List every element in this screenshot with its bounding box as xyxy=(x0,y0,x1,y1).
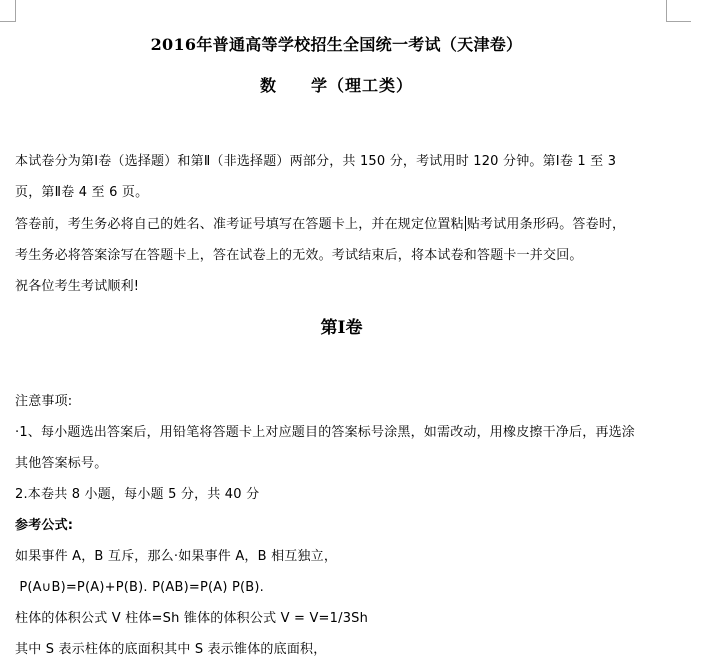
notes-item-2: 2.本卷共 8 小题，每小题 5 分，共 40 分 xyxy=(15,486,259,504)
notes-item-1-line-2: 其他答案标号。 xyxy=(15,455,107,473)
formulas-line-3: 柱体的体积公式 V 柱体=Sh 锥体的体积公式 V = V=1/3Sh xyxy=(15,610,368,628)
intro-line-1: 本试卷分为第Ⅰ卷（选择题）和第Ⅱ（非选择题）两部分，共 150 分，考试用时 1… xyxy=(15,153,616,171)
intro-line-5: 祝各位考生考试顺利! xyxy=(15,278,139,296)
formulas-line-2: P(A∪B)=P(A)+P(B). P(AB)=P(A) P(B). xyxy=(15,579,264,597)
section-heading: 第Ⅰ卷 xyxy=(0,313,683,338)
formulas-line-4: 其中 S 表示柱体的底面积其中 S 表示锥体的底面积， xyxy=(15,641,326,658)
notes-heading: 注意事项: xyxy=(15,393,72,411)
formulas-heading: 参考公式: xyxy=(15,517,73,535)
text-caret xyxy=(465,216,466,231)
intro-line-4: 考生务必将答案涂写在答题卡上，答在试卷上的无效。考试结束后，将本试卷和答题卡一并… xyxy=(15,247,583,265)
crop-mark-top-left xyxy=(0,0,16,22)
document-title: 2016年普通高等学校招生全国统一考试（天津卷） xyxy=(0,32,673,55)
crop-mark-top-right xyxy=(666,0,691,22)
intro-line-2: 页，第Ⅱ卷 4 至 6 页。 xyxy=(15,184,148,202)
formulas-line-1: 如果事件 A，B 互斥，那么·如果事件 A，B 相互独立， xyxy=(15,548,337,566)
document-subtitle: 数 学（理工类） xyxy=(0,73,673,96)
notes-item-1-line-1: ·1、每小题选出答案后，用铅笔将答题卡上对应题目的答案标号涂黑，如需改动，用橡皮… xyxy=(15,424,635,442)
intro-line-3-before-caret: 答卷前，考生务必将自己的姓名、准考证号填写在答题卡上，并在规定位置粘 xyxy=(15,217,464,232)
intro-line-3-after-caret: 贴考试用条形码。答卷时， xyxy=(467,217,625,232)
intro-line-3[interactable]: 答卷前，考生务必将自己的姓名、准考证号填写在答题卡上，并在规定位置粘贴考试用条形… xyxy=(15,216,625,234)
